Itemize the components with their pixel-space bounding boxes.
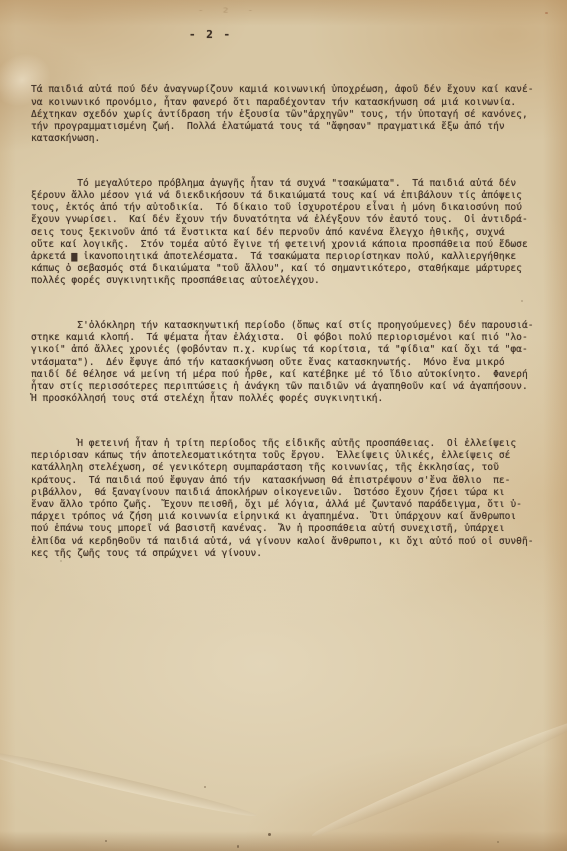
paper-speck (237, 845, 239, 848)
paper-speck (497, 841, 499, 843)
page-number: - 2 - (189, 28, 232, 41)
paper-crease-bottom-right (309, 712, 567, 842)
paragraph: Τά παιδιά αὐτά πού δέν ἀναγνωρίζουν καμι… (31, 84, 561, 145)
paper-speck (521, 300, 523, 302)
paper-speck (105, 840, 107, 842)
paper-speck (204, 786, 206, 788)
paragraph: Σ'ὁλόκληρη τήν κατασκηνωτική περίοδο (ὅπ… (31, 320, 561, 405)
paragraph: Ἡ φετεινή ἦταν ἡ τρίτη περίοδος τῆς εἰδι… (31, 438, 561, 560)
document-text: Τά παιδιά αὐτά πού δέν ἀναγνωρίζουν καμι… (31, 60, 561, 592)
ghost-page-number: - 2 - (198, 7, 260, 15)
scanned-page: - 2 - - 2 - Τά παιδιά αὐτά πού δέν ἀναγν… (0, 0, 567, 851)
paragraph: Τό μεγαλύτερο πρόβλημα ἀγωγῆς ἦταν τά συ… (31, 178, 561, 288)
paper-speck (268, 833, 271, 836)
paper-crease-bottom-left (0, 747, 258, 822)
paper-speck (60, 560, 62, 562)
paper-speck (545, 12, 548, 14)
